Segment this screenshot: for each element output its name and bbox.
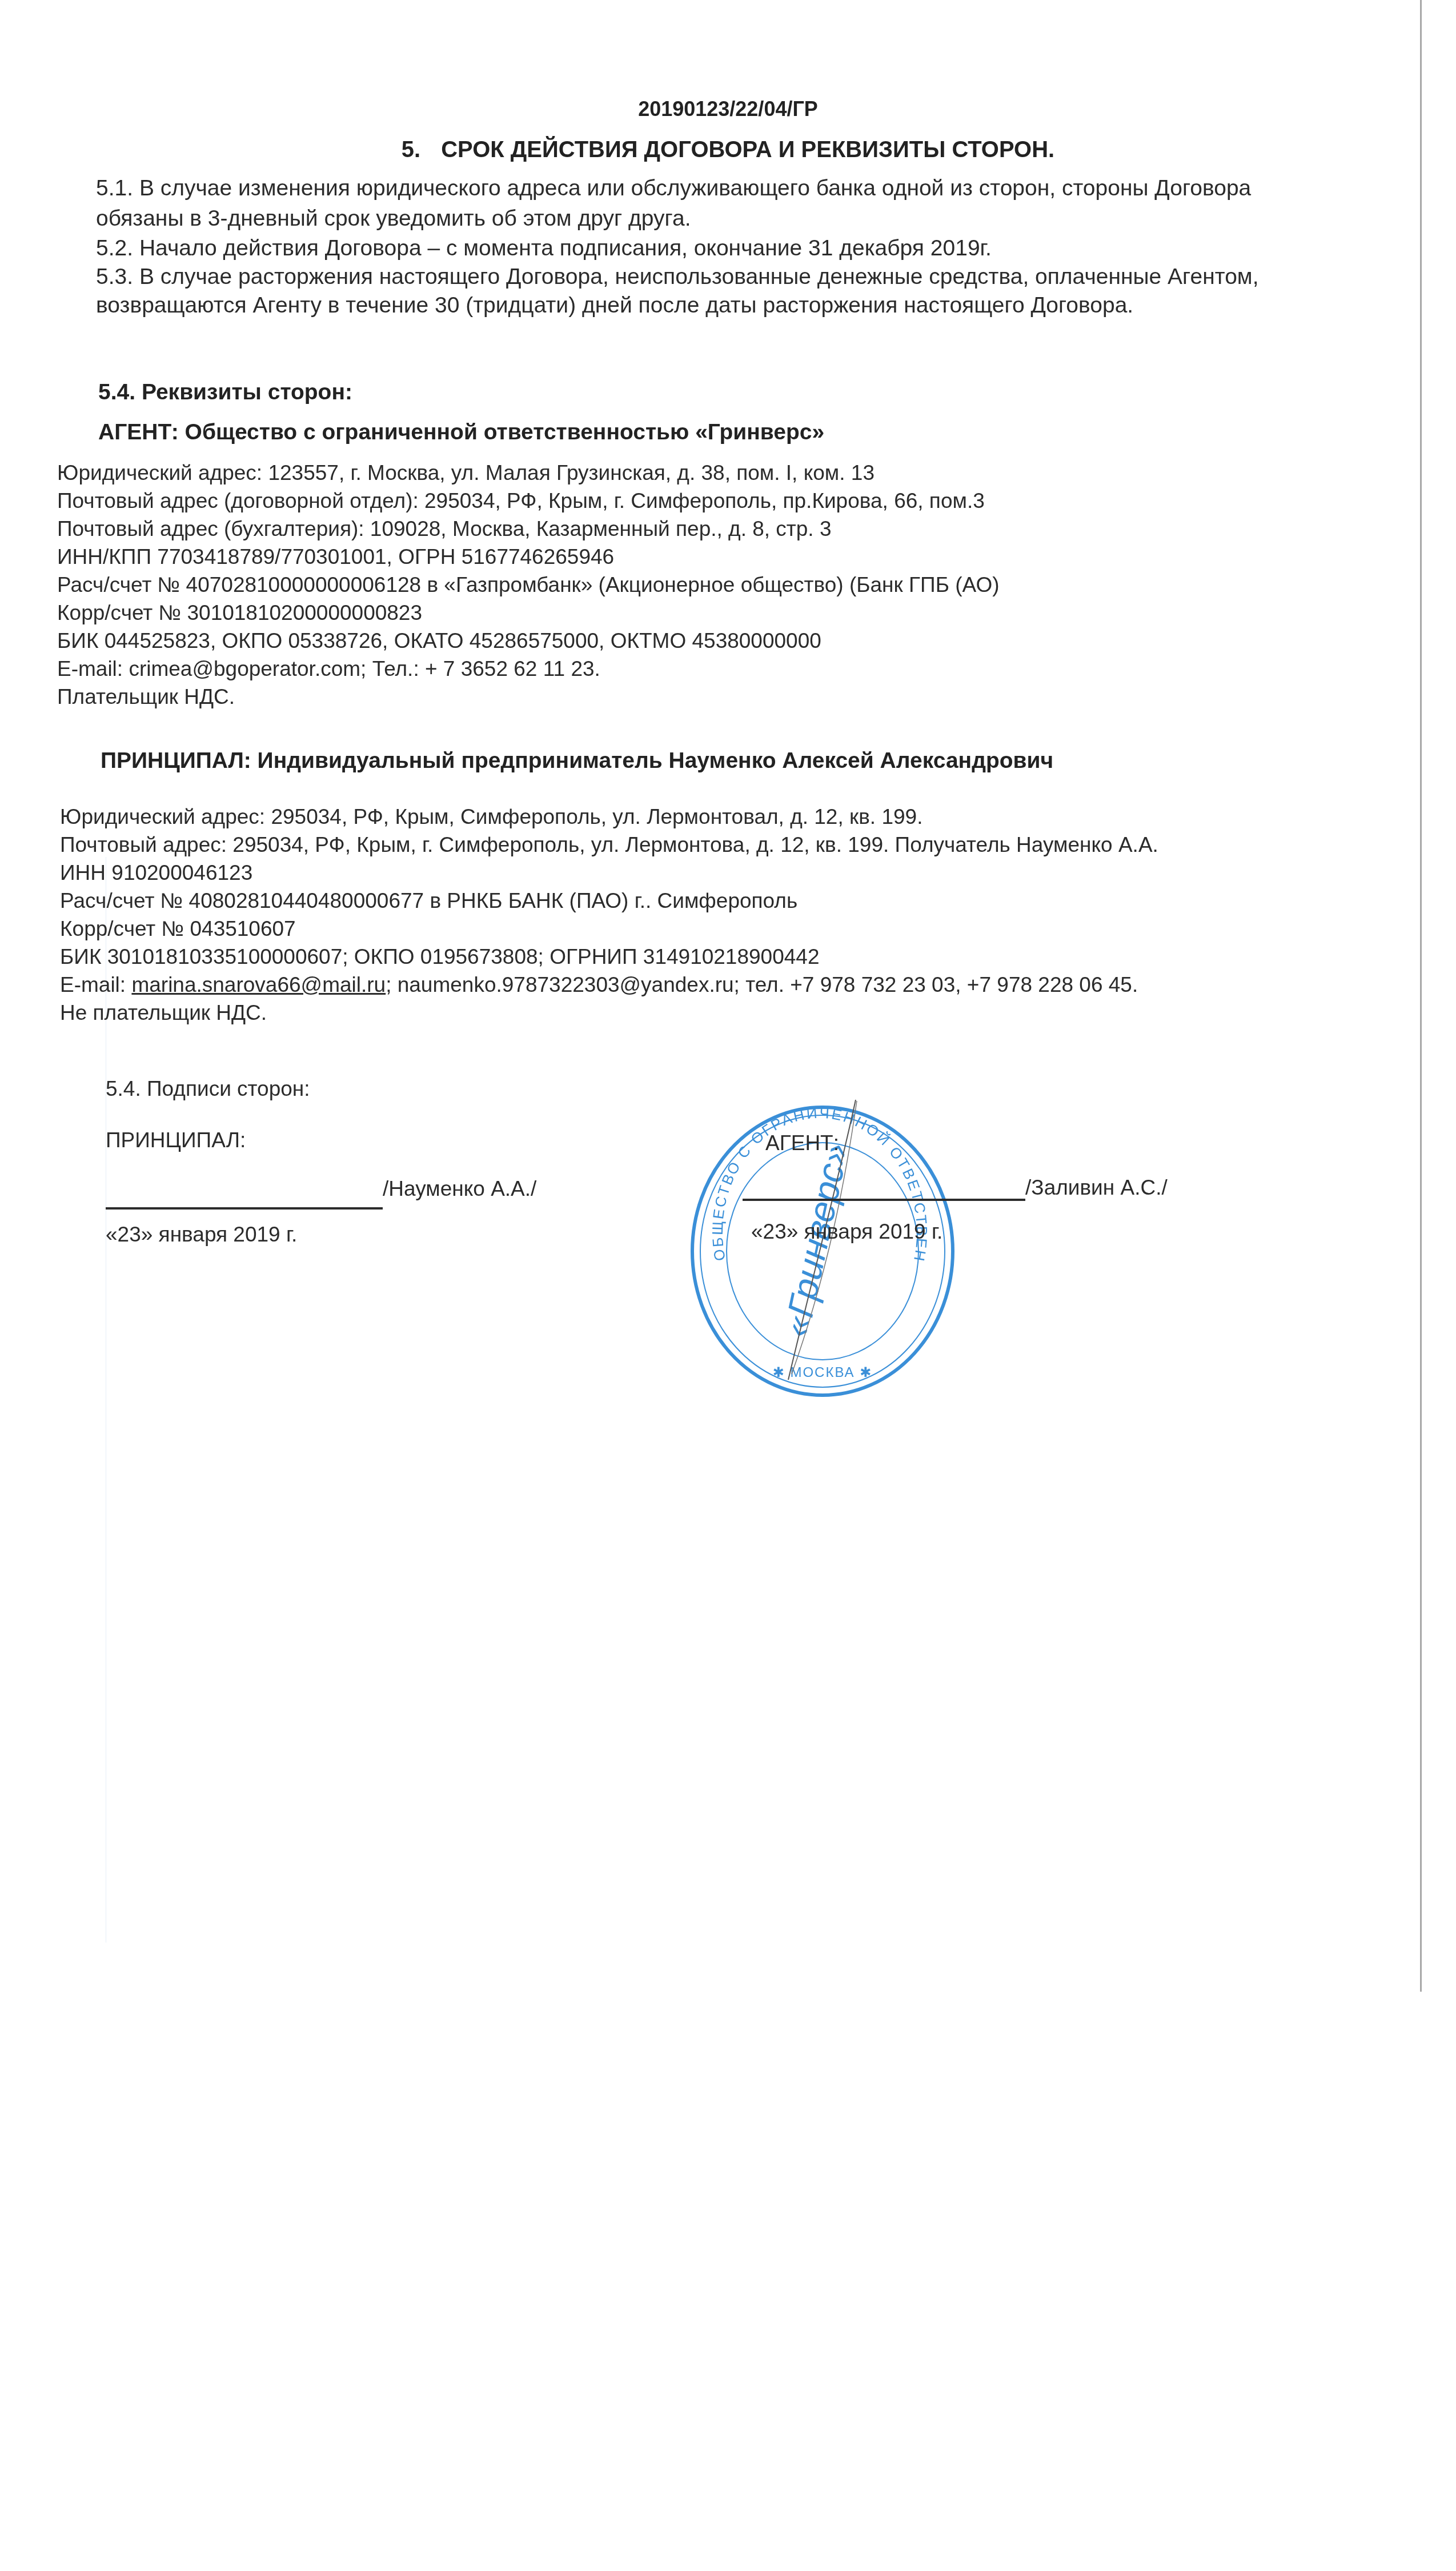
principal-vat: Не плательщик НДС. — [60, 999, 1158, 1027]
agent-inn-kpp: ИНН/КПП 7703418789/770301001, ОГРН 51677… — [57, 543, 1000, 571]
paragraph-5-1-line1: 5.1. В случае изменения юридического адр… — [96, 174, 1251, 203]
principal-heading: ПРИНЦИПАЛ: Индивидуальный предпринимател… — [101, 748, 1053, 774]
paragraph-5-3-line1: 5.3. В случае расторжения настоящего Дог… — [96, 263, 1258, 291]
paragraph-5-1-line2: обязаны в 3-дневный срок уведомить об эт… — [96, 205, 691, 233]
agent-signature-date: «23» января 2019 г. — [751, 1220, 942, 1244]
section-title-text: СРОК ДЕЙСТВИЯ ДОГОВОРА И РЕКВИЗИТЫ СТОРО… — [441, 137, 1054, 162]
paragraph-5-3-line2: возвращаются Агенту в течение 30 (тридца… — [96, 291, 1133, 320]
agent-account: Расч/счет № 40702810000000006128 в «Газп… — [57, 571, 1000, 599]
requisites-heading: 5.4. Реквизиты сторон: — [98, 380, 352, 405]
agent-requisites: Юридический адрес: 123557, г. Москва, ул… — [57, 459, 1000, 711]
agent-bik: БИК 044525823, ОКПО 05338726, ОКАТО 4528… — [57, 627, 1000, 655]
principal-signature-label: ПРИНЦИПАЛ: — [106, 1128, 246, 1152]
svg-text:✱ МОСКВА ✱: ✱ МОСКВА ✱ — [773, 1365, 873, 1380]
contacts-rest: ; naumenko.9787322303@yandex.ru; тел. +7… — [386, 973, 1138, 996]
section-title: 5.СРОК ДЕЙСТВИЯ ДОГОВОРА И РЕКВИЗИТЫ СТО… — [0, 137, 1456, 163]
section-number: 5. — [402, 137, 420, 162]
agent-heading: АГЕНТ: Общество с ограниченной ответстве… — [98, 420, 824, 445]
principal-inn: ИНН 910200046123 — [60, 859, 1158, 887]
agent-signature-line — [743, 1199, 1025, 1201]
agent-vat: Плательщик НДС. — [57, 683, 1000, 711]
principal-requisites: Юридический адрес: 295034, РФ, Крым, Сим… — [60, 803, 1158, 1027]
signatures-heading: 5.4. Подписи сторон: — [106, 1077, 310, 1101]
principal-signer-name: /Науменко А.А./ — [383, 1177, 536, 1201]
agent-signature-label: АГЕНТ: — [765, 1131, 839, 1155]
principal-account: Расч/счет № 40802810440480000677 в РНКБ … — [60, 887, 1158, 915]
principal-postal-address: Почтовый адрес: 295034, РФ, Крым, г. Сим… — [60, 831, 1158, 859]
email-link[interactable]: marina.snarova66@mail.ru — [131, 973, 386, 996]
agent-contacts: E-mail: crimea@bgoperator.com; Тел.: + 7… — [57, 655, 1000, 683]
agent-postal-address-contracts: Почтовый адрес (договорной отдел): 29503… — [57, 487, 1000, 515]
agent-postal-address-accounting: Почтовый адрес (бухгалтерия): 109028, Мо… — [57, 515, 1000, 543]
page-edge-line — [1420, 0, 1422, 1992]
principal-corr-account: Корр/счет № 043510607 — [60, 915, 1158, 943]
principal-signature-line — [106, 1207, 383, 1210]
principal-signature-date: «23» января 2019 г. — [106, 1223, 297, 1247]
email-label: E-mail: — [60, 973, 131, 996]
principal-legal-address: Юридический адрес: 295034, РФ, Крым, Сим… — [60, 803, 1158, 831]
document-number: 20190123/22/04/ГР — [0, 97, 1456, 121]
agent-corr-account: Корр/счет № 30101810200000000823 — [57, 599, 1000, 627]
principal-bik: БИК 30101810335100000607; ОКПО 019567380… — [60, 943, 1158, 971]
agent-legal-address: Юридический адрес: 123557, г. Москва, ул… — [57, 459, 1000, 487]
paragraph-5-2: 5.2. Начало действия Договора – с момент… — [96, 234, 992, 263]
agent-signer-name: /Заливин А.С./ — [1025, 1176, 1168, 1200]
principal-contacts: E-mail: marina.snarova66@mail.ru; naumen… — [60, 971, 1158, 999]
